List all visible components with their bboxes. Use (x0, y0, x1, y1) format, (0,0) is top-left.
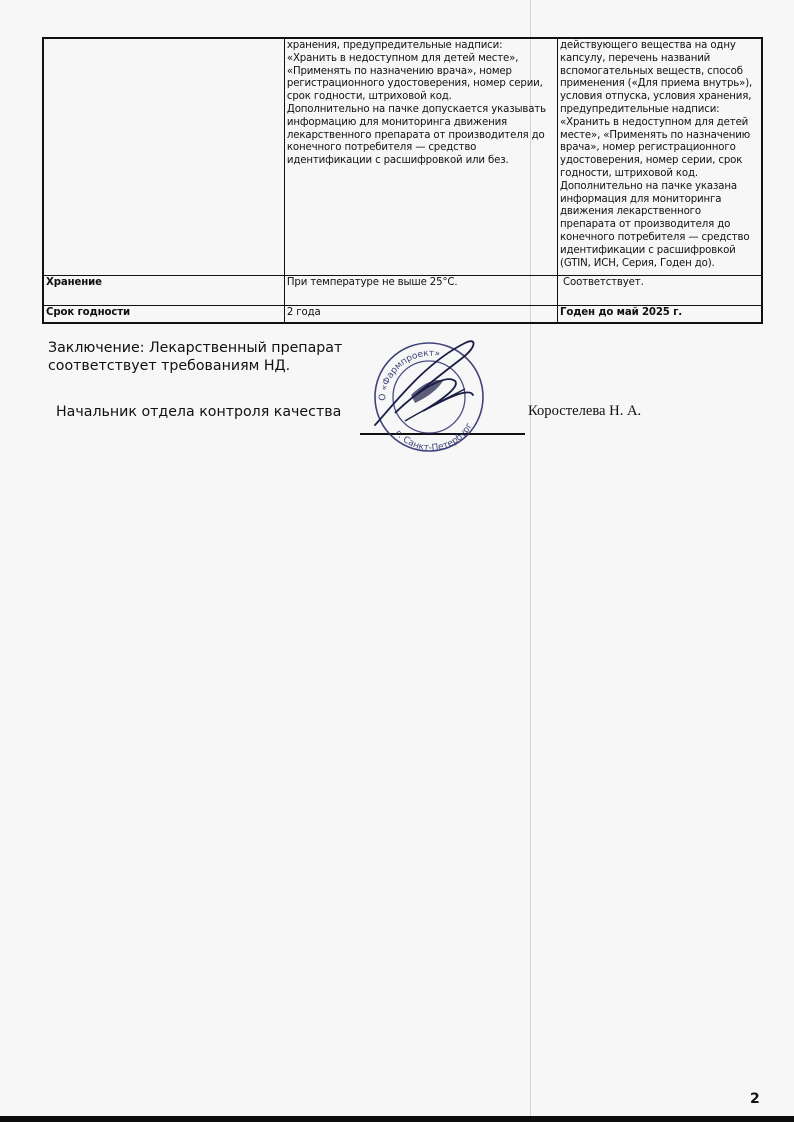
requirement-paragraph: 2 года (287, 307, 555, 320)
svg-text:О «Фармпроект»: О «Фармпроект» (378, 349, 441, 402)
requirement-paragraph: При температуре не выше 25°С. (287, 277, 555, 290)
cell-result: Соответствует. (558, 276, 762, 306)
result-paragraph: действующего вещества на одну капсулу, п… (560, 40, 759, 181)
table-row: Хранение При температуре не выше 25°С. С… (43, 276, 762, 306)
seal-stamp-icon: О «Фармпроект» г. Санкт-Петербург (365, 333, 495, 455)
signatory-title: Начальник отдела контроля качества (56, 404, 341, 420)
cell-result: Годен до май 2025 г. (558, 306, 762, 324)
cell-parameter: Хранение (43, 276, 284, 306)
cell-result: действующего вещества на одну капсулу, п… (558, 38, 762, 276)
requirement-paragraph: Дополнительно на пачке допускается указы… (287, 104, 555, 168)
cell-requirement: 2 года (284, 306, 557, 324)
spec-table: хранения, предупредительные надписи: «Хр… (42, 37, 763, 324)
table-row: Срок годности 2 года Годен до май 2025 г… (43, 306, 762, 324)
requirement-paragraph: хранения, предупредительные надписи: «Хр… (287, 40, 555, 104)
svg-text:г. Санкт-Петербург: г. Санкт-Петербург (393, 421, 475, 453)
result-paragraph: Дополнительно на пачке указана информаци… (560, 181, 759, 271)
scan-bottom-edge (0, 1116, 794, 1122)
cell-requirement: хранения, предупредительные надписи: «Хр… (284, 38, 557, 276)
result-paragraph: Годен до май 2025 г. (560, 307, 759, 320)
signatory-name: Коростелева Н. А. (528, 403, 641, 420)
result-paragraph: Соответствует. (560, 277, 759, 290)
cell-parameter: Срок годности (43, 306, 284, 324)
cell-parameter (43, 38, 284, 276)
table-row: хранения, предупредительные надписи: «Хр… (43, 38, 762, 276)
cell-requirement: При температуре не выше 25°С. (284, 276, 557, 306)
page-number: 2 (750, 1091, 760, 1107)
